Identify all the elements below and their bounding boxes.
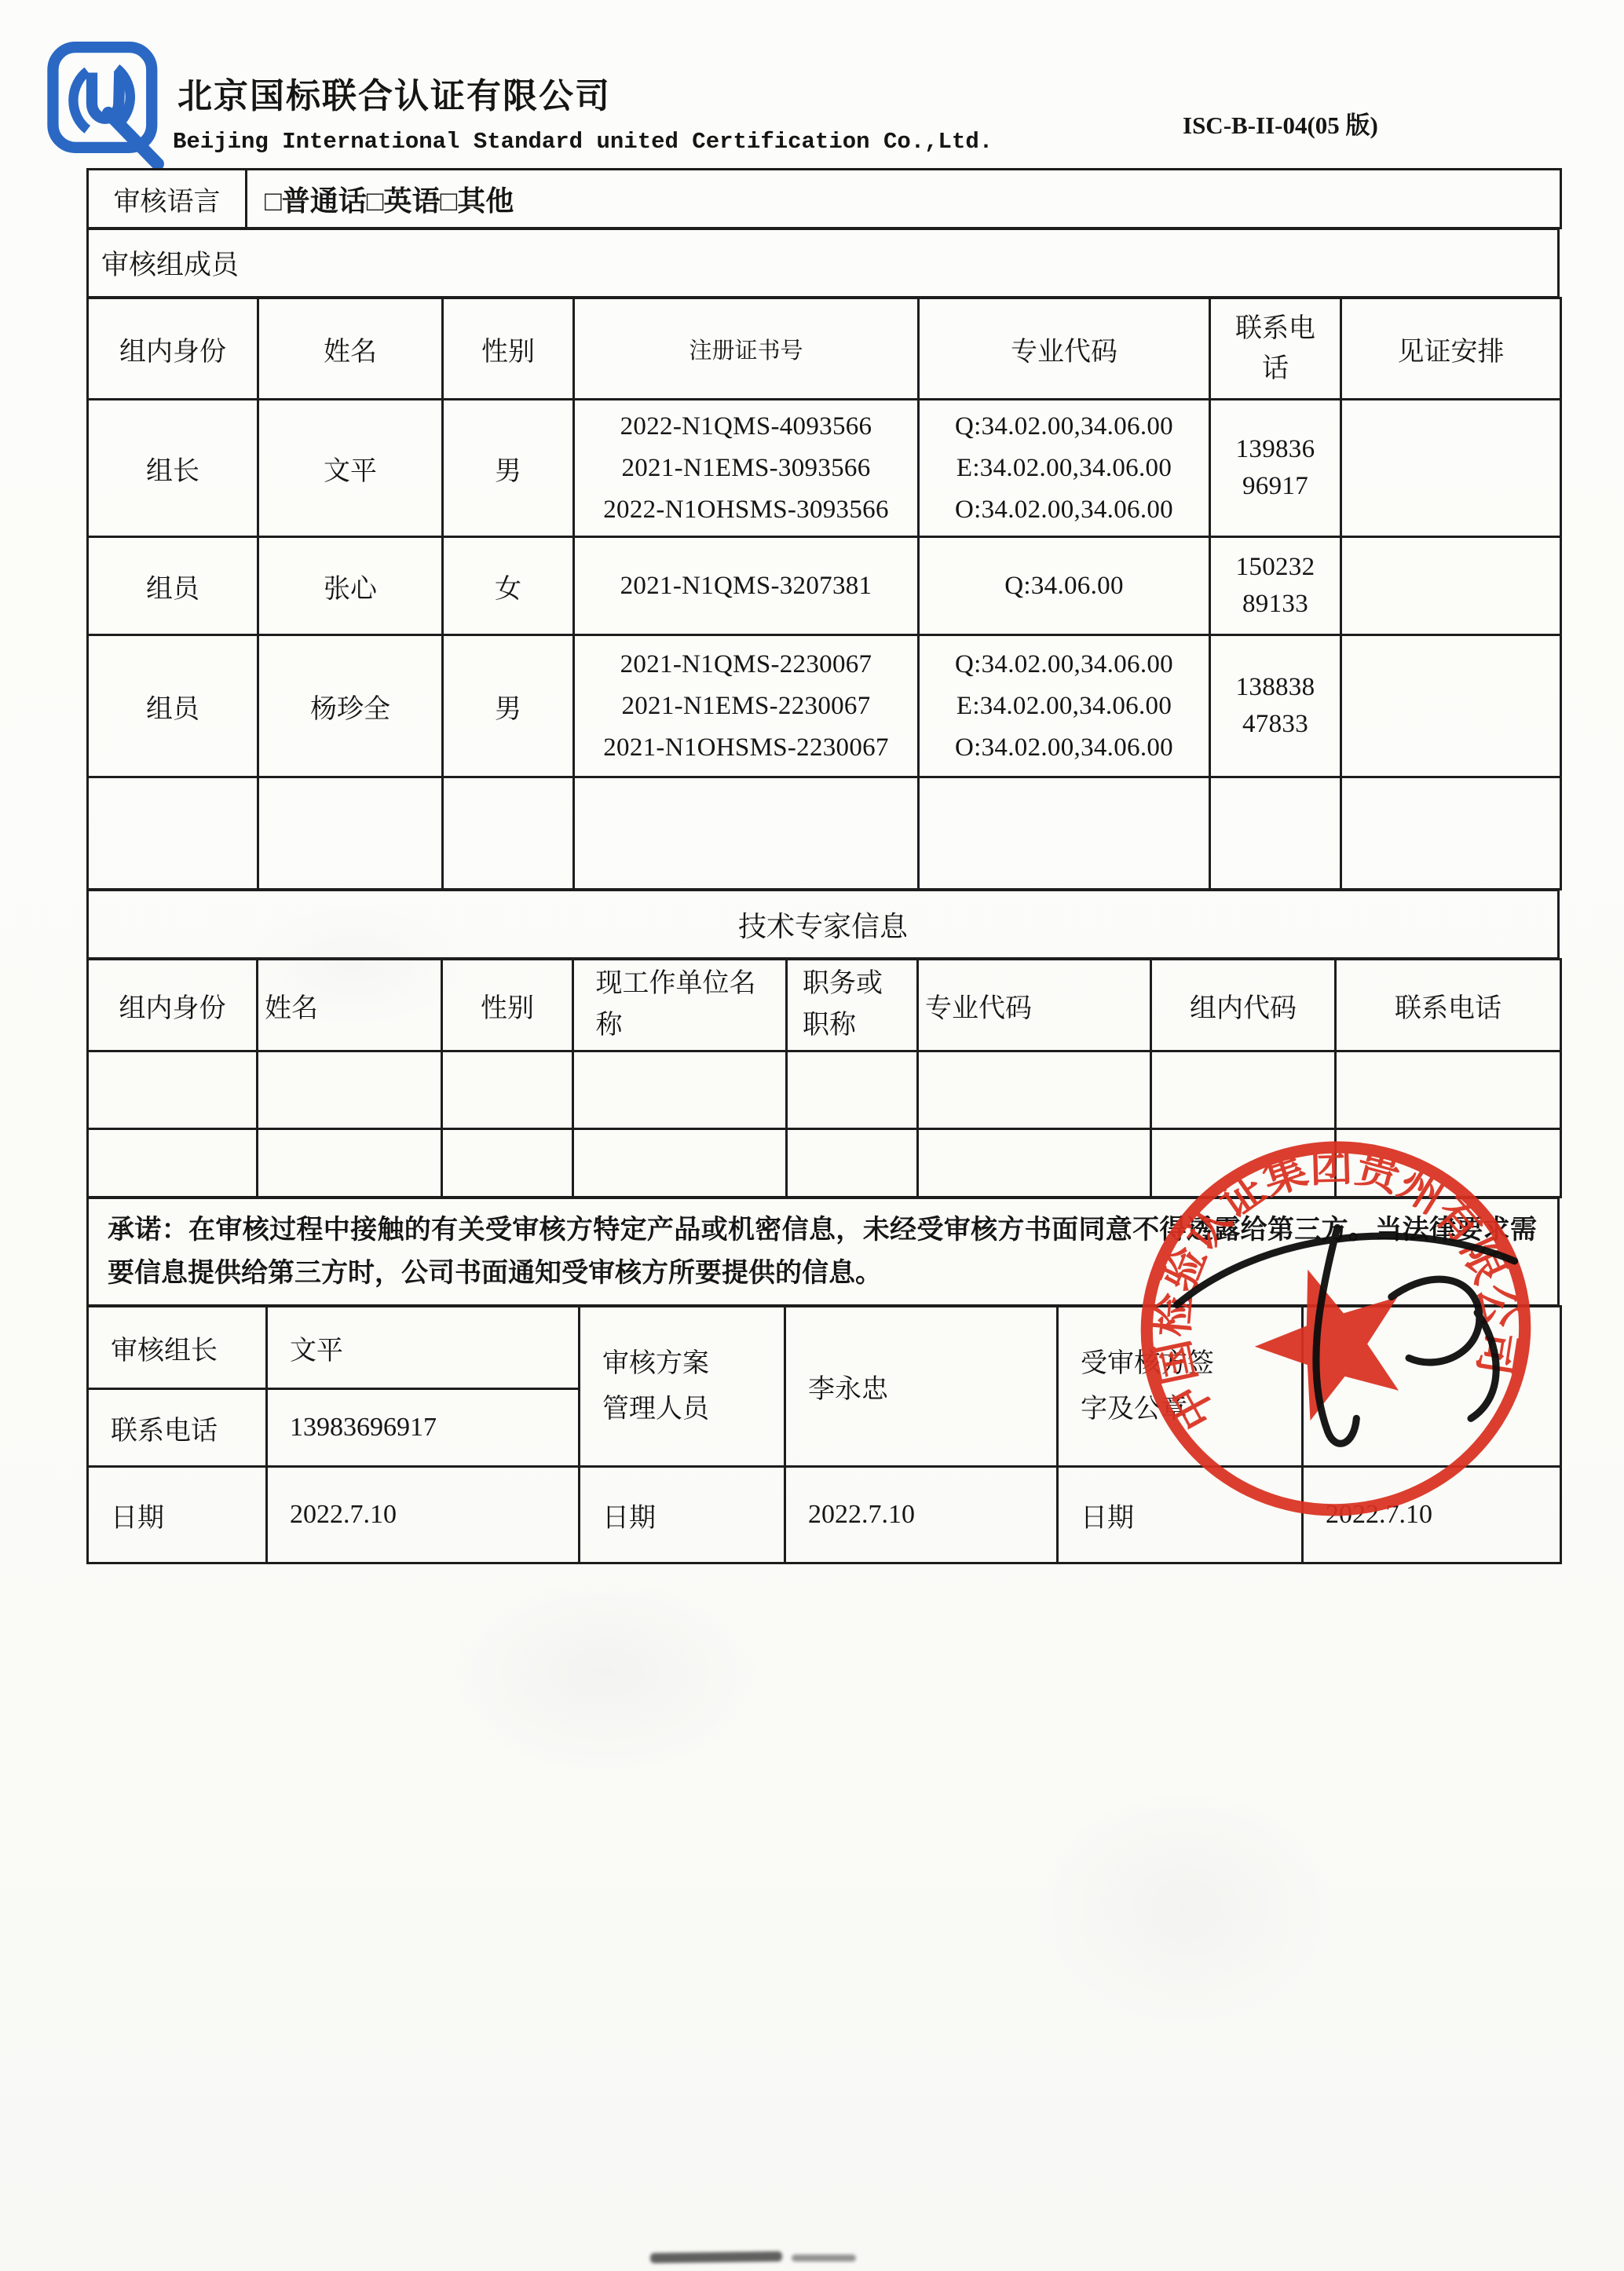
manager-name: 李永忠 <box>785 1307 1058 1467</box>
col-header-role: 组内身份 <box>88 298 258 400</box>
scanned-audit-form-page: 北京国标联合认证有限公司 Beijing International Stand… <box>0 0 1624 2271</box>
col-header-name: 姓名 <box>258 960 442 1051</box>
col-header-code: 专业代码 <box>918 960 1151 1051</box>
col-header-gender: 性别 <box>442 960 573 1051</box>
table-header-row: 组内身份 姓名 性别 现工作单位名称 职务或职称 专业代码 组内代码 联系电话 <box>88 960 1561 1051</box>
company-name-en: Beijing International Standard united Ce… <box>173 129 993 155</box>
document-code: ISC-B-II-04(05 版) <box>1183 105 1378 141</box>
cell-gender: 男 <box>443 635 574 777</box>
cell-certs: 2022-N1QMS-40935662021-N1EMS-30935662022… <box>574 400 919 537</box>
cell-phone: 15023289133 <box>1210 537 1341 635</box>
cell-codes: Q:34.02.00,34.06.00E:34.02.00,34.06.00O:… <box>919 635 1210 777</box>
col-header-position: 职务或职称 <box>787 960 918 1051</box>
cell-phone: 13983696917 <box>1210 400 1341 537</box>
company-stamp: 中国检验认证集团贵州有限公司 <box>1128 1134 1544 1531</box>
cell-name: 文平 <box>258 400 443 537</box>
cell-certs: 2021-N1QMS-22300672021-N1EMS-22300672021… <box>574 635 919 777</box>
table-row: 组员 张心 女 2021-N1QMS-3207381 Q:34.06.00 15… <box>88 537 1561 635</box>
col-header-witness: 见证安排 <box>1341 298 1561 400</box>
table-row: 技术专家信息 <box>88 890 1559 959</box>
leader-date: 2022.7.10 <box>267 1467 580 1563</box>
date-label: 日期 <box>580 1467 785 1563</box>
cell-certs: 2021-N1QMS-3207381 <box>574 537 919 635</box>
cell-role: 组员 <box>88 635 258 777</box>
cell-codes: Q:34.02.00,34.06.00E:34.02.00,34.06.00O:… <box>919 400 1210 537</box>
col-header-phone: 联系电话 <box>1210 298 1341 400</box>
expert-section-title: 技术专家信息 <box>88 890 1559 959</box>
col-header-employer: 现工作单位名称 <box>573 960 787 1051</box>
col-header-cert: 注册证书号 <box>574 298 919 400</box>
cell-witness <box>1341 537 1561 635</box>
col-header-gender: 性别 <box>443 298 574 400</box>
audit-language-table: 审核语言 □普通话□英语□其他 <box>86 168 1562 229</box>
table-row: 组员 杨珍全 男 2021-N1QMS-22300672021-N1EMS-22… <box>88 635 1561 777</box>
table-row-empty <box>88 777 1561 890</box>
cell-role: 组长 <box>88 400 258 537</box>
cell-codes: Q:34.06.00 <box>919 537 1210 635</box>
table-row: 组长 文平 男 2022-N1QMS-40935662021-N1EMS-309… <box>88 400 1561 537</box>
leader-name: 文平 <box>267 1307 580 1389</box>
scan-noise <box>1037 1790 1335 2026</box>
scan-smudge <box>792 2255 856 2262</box>
audit-language-label: 审核语言 <box>88 170 247 229</box>
expert-section-title-table: 技术专家信息 <box>86 889 1560 960</box>
scan-noise <box>440 1571 770 1775</box>
col-header-name: 姓名 <box>258 298 443 400</box>
table-row: 审核语言 □普通话□英语□其他 <box>88 170 1561 229</box>
cell-role: 组员 <box>88 537 258 635</box>
table-row: 审核组成员 <box>88 229 1559 298</box>
audit-team-table: 组内身份 姓名 性别 注册证书号 专业代码 联系电话 见证安排 组长 文平 男 … <box>86 297 1562 890</box>
company-name-cn: 北京国标联合认证有限公司 <box>177 68 611 118</box>
scan-smudge <box>650 2251 782 2263</box>
cell-gender: 女 <box>443 537 574 635</box>
leader-label: 审核组长 <box>88 1307 267 1389</box>
cell-name: 杨珍全 <box>258 635 443 777</box>
manager-label: 审核方案管理人员 <box>580 1307 785 1467</box>
cell-phone: 13883847833 <box>1210 635 1341 777</box>
col-header-role: 组内身份 <box>88 960 258 1051</box>
date-label: 日期 <box>88 1467 267 1563</box>
cell-witness <box>1341 400 1561 537</box>
manager-date: 2022.7.10 <box>785 1467 1058 1563</box>
phone-label: 联系电话 <box>88 1389 267 1467</box>
table-header-row: 组内身份 姓名 性别 注册证书号 专业代码 联系电话 见证安排 <box>88 298 1561 400</box>
table-row-empty <box>88 1051 1561 1129</box>
phone-value: 13983696917 <box>267 1389 580 1467</box>
col-header-phone: 联系电话 <box>1336 960 1561 1051</box>
team-section-title: 审核组成员 <box>88 229 1559 298</box>
col-header-code: 专业代码 <box>919 298 1210 400</box>
cell-gender: 男 <box>443 400 574 537</box>
audit-language-options: □普通话□英语□其他 <box>247 170 1561 229</box>
cell-witness <box>1341 635 1561 777</box>
col-header-team-code: 组内代码 <box>1151 960 1336 1051</box>
star-icon <box>1246 1259 1411 1426</box>
company-logo-icon <box>44 38 171 173</box>
cell-name: 张心 <box>258 537 443 635</box>
team-section-title-table: 审核组成员 <box>86 228 1560 298</box>
